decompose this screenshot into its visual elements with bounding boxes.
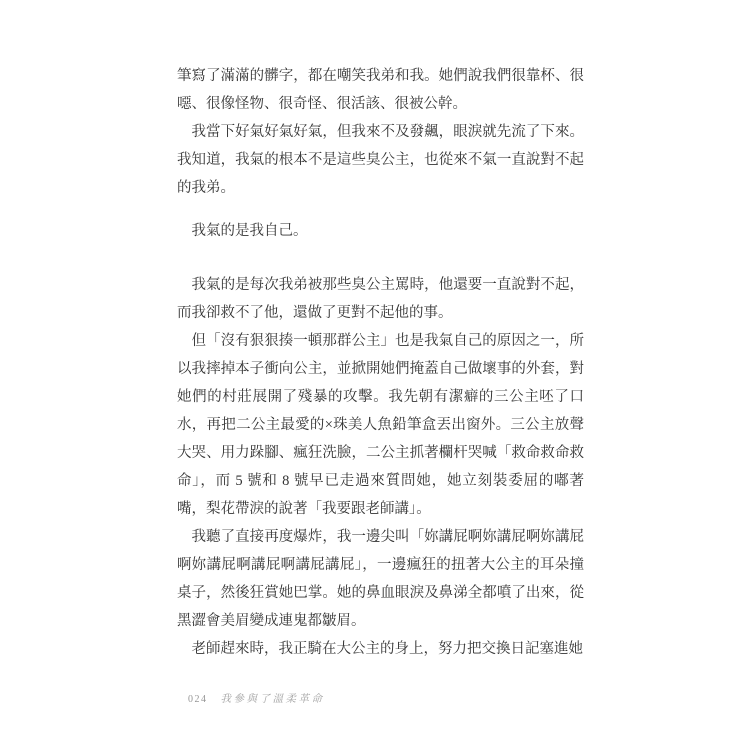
paragraph: 我當下好氣好氣好氣，但我來不及發飆，眼淚就先流了下來。我知道，我氣的根本不是這些… — [177, 118, 584, 202]
paragraph: 我氣的是我自己。 — [177, 217, 584, 245]
book-page: 筆寫了滿滿的髒字，都在嘲笑我弟和我。她們說我們很靠杯、很噁、很像怪物、很奇怪、很… — [0, 0, 750, 750]
running-title: 我參與了溫柔革命 — [221, 691, 325, 706]
paragraph: 但「沒有狠狠揍一頓那群公主」也是我氣自己的原因之一，所以我摔掉本子衝向公主，並掀… — [177, 327, 584, 523]
paragraph: 老師趕來時，我正騎在大公主的身上，努力把交換日記塞進她 — [177, 635, 584, 663]
paragraph: 我氣的是每次我弟被那些臭公主罵時，他還要一直說對不起，而我卻救不了他，還做了更對… — [177, 271, 584, 327]
page-footer: 024 我參與了溫柔革命 — [188, 691, 325, 706]
body-text: 筆寫了滿滿的髒字，都在嘲笑我弟和我。她們說我們很靠杯、很噁、很像怪物、很奇怪、很… — [177, 62, 584, 663]
page-number: 024 — [188, 694, 208, 705]
paragraph: 我聽了直接再度爆炸，我一邊尖叫「妳講屁啊妳講屁啊妳講屁啊妳講屁啊講屁啊講屁講屁」… — [177, 523, 584, 635]
paragraph: 筆寫了滿滿的髒字，都在嘲笑我弟和我。她們說我們很靠杯、很噁、很像怪物、很奇怪、很… — [177, 62, 584, 118]
